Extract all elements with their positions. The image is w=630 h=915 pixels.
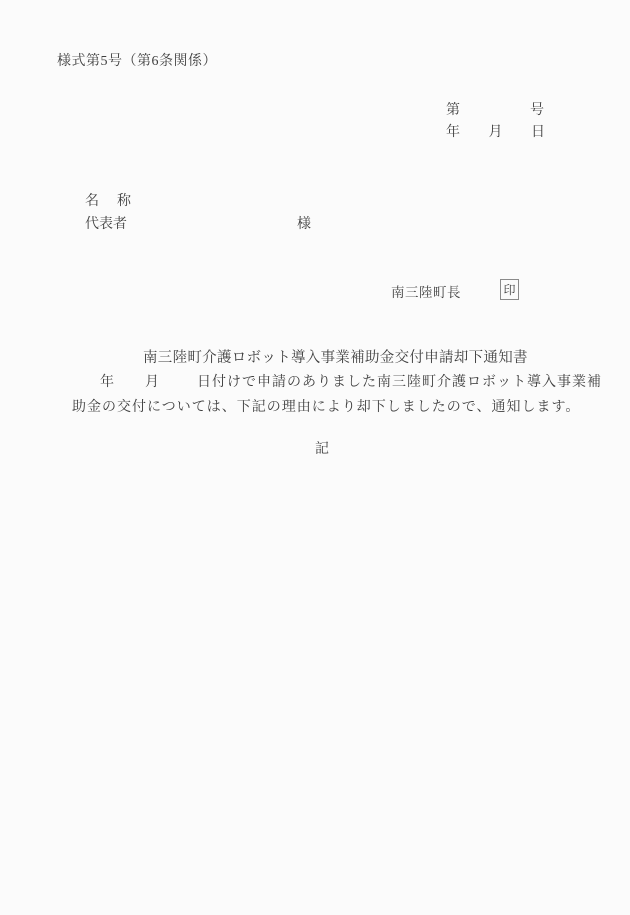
doc-number-prefix: 第 bbox=[446, 99, 460, 119]
form-number-header: 様式第5号（第6条関係） bbox=[57, 50, 217, 70]
document-title: 南三陸町介護ロボット導入事業補助金交付申請却下通知書 bbox=[143, 346, 528, 367]
document-number-line: 第 号 bbox=[446, 99, 544, 119]
date-day-label: 日 bbox=[531, 121, 545, 141]
date-month-label: 月 bbox=[489, 121, 503, 141]
recipient-name-label-second: 称 bbox=[117, 190, 131, 210]
sender-mayor-title: 南三陸町長 bbox=[391, 281, 461, 301]
recipient-name-label: 名 称 bbox=[85, 190, 131, 210]
body-month-blank: 月 bbox=[145, 371, 159, 391]
recipient-name-label-first: 名 bbox=[85, 190, 99, 210]
record-marker: 記 bbox=[315, 438, 329, 458]
seal-placeholder: 印 bbox=[500, 279, 519, 300]
date-year-label: 年 bbox=[446, 121, 460, 141]
doc-number-suffix: 号 bbox=[530, 99, 544, 119]
date-line: 年 月 日 bbox=[446, 121, 545, 141]
body-text-line2: 助金の交付については、下記の理由により却下しましたので、通知します。 bbox=[72, 396, 580, 416]
recipient-representative-label: 代表者 bbox=[85, 213, 127, 233]
document-page: 様式第5号（第6条関係） 第 号 年 月 日 名 称 代表者 様 南三陸町長 印… bbox=[0, 0, 630, 915]
body-year-blank: 年 bbox=[100, 371, 114, 391]
recipient-honorific: 様 bbox=[297, 213, 311, 233]
body-text-line1: 日付けで申請のありました南三陸町介護ロボット導入事業補 bbox=[197, 371, 602, 391]
